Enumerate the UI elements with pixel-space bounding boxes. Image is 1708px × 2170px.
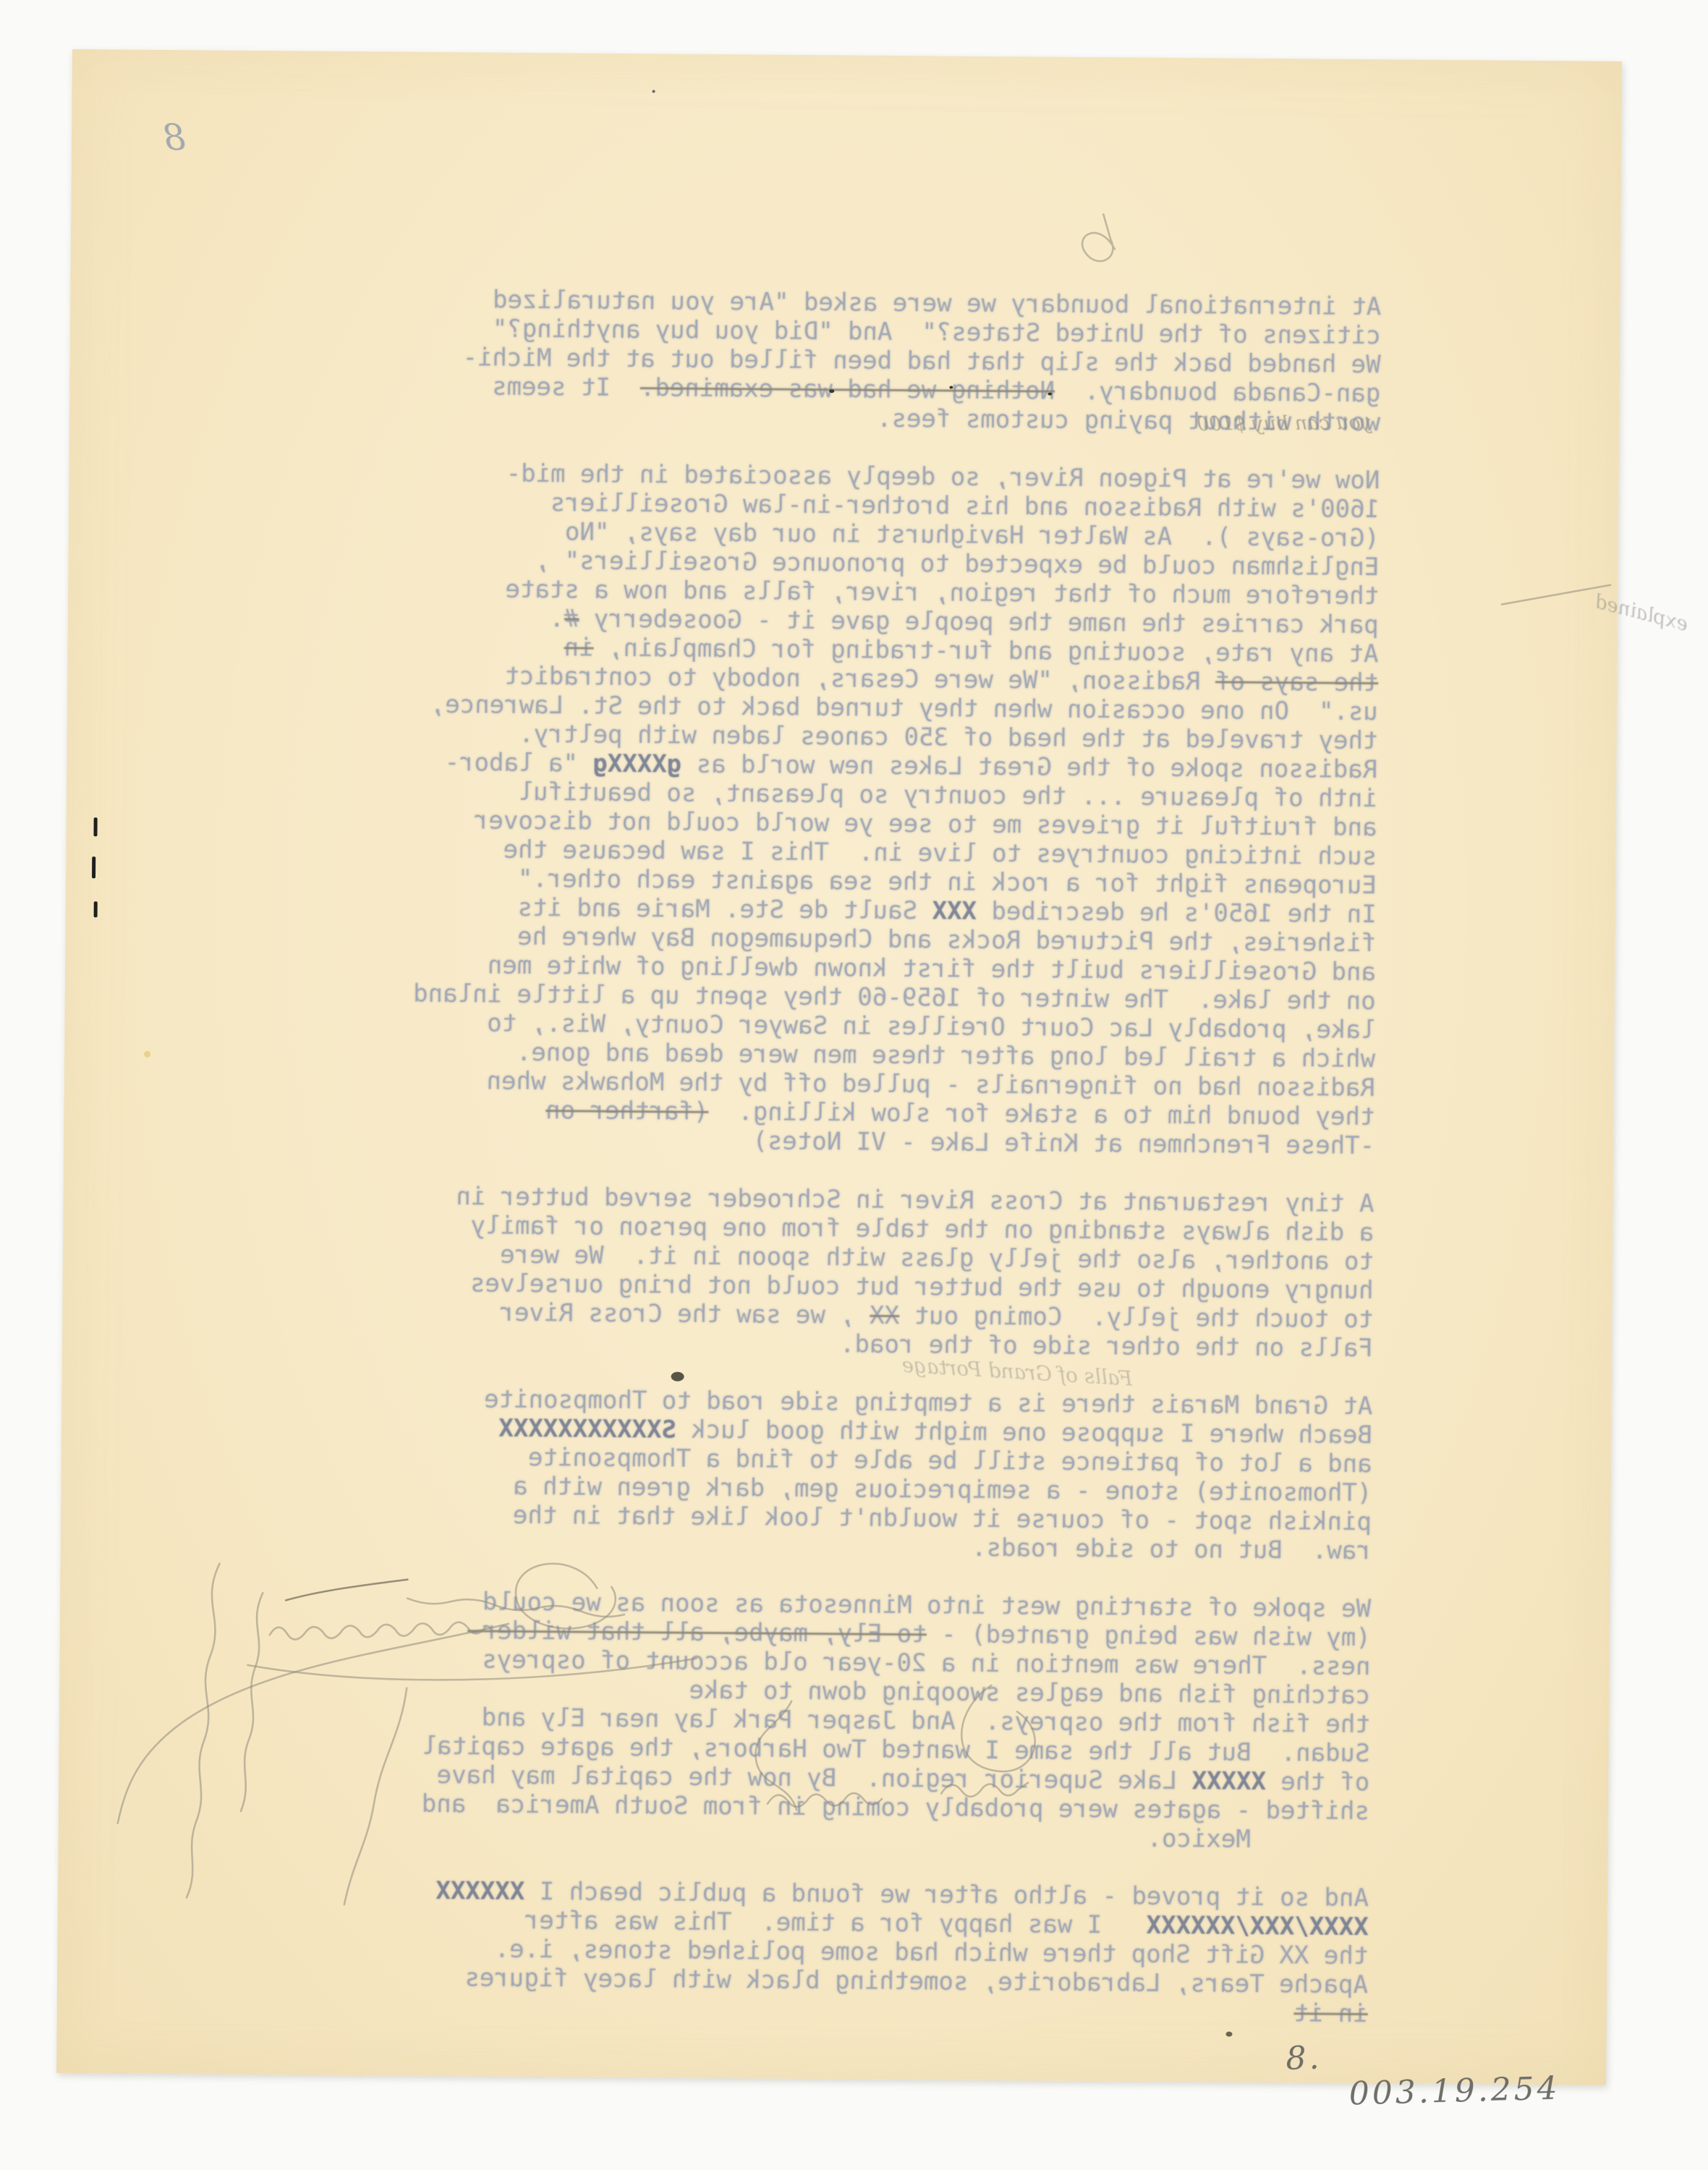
- edge-mark: [94, 901, 98, 917]
- scan-background: 8 At international boundary we were aske…: [0, 0, 1708, 2170]
- ink-speck: [829, 389, 834, 393]
- corner-page-number: 8: [163, 116, 186, 158]
- ink-speck: [949, 386, 953, 389]
- handwritten-margin-note: explained: [1552, 580, 1691, 636]
- margin-scribble-1: [187, 1563, 220, 1897]
- accession-number: 003.19.254: [1348, 2070, 1560, 2113]
- ink-speck: [1048, 393, 1052, 396]
- paper-speck: [653, 90, 655, 93]
- margin-scribble-2: [241, 1593, 263, 1811]
- ink-blot: [671, 1372, 684, 1382]
- accession-number-group: 8. 003.19.254: [1286, 2032, 1607, 2114]
- edge-mark: [93, 817, 97, 836]
- handwritten-insert-note: you can buy $100: [1104, 412, 1372, 437]
- edge-mark: [92, 856, 95, 878]
- typed-text-block: At international boundary we were asked …: [383, 285, 1382, 2029]
- paper-stain: [144, 1051, 150, 1058]
- paper-speck: [1225, 2032, 1232, 2037]
- insertion-caret-scribble: [1082, 214, 1115, 261]
- paper-sheet: 8 At international boundary we were aske…: [56, 49, 1622, 2085]
- accession-prefix: 8.: [1286, 2040, 1322, 2077]
